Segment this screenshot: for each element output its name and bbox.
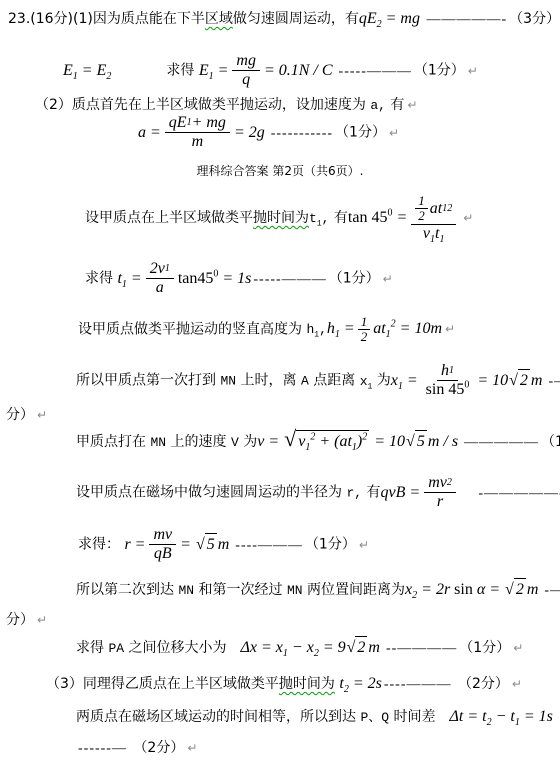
text-run: 求得	[76, 640, 108, 656]
dash-leader: -—————-	[474, 486, 560, 501]
text-run: 求得：	[78, 537, 124, 553]
answer-line-10: 分）↵	[6, 406, 47, 425]
math-fn: sin	[454, 581, 473, 598]
radical-sign: √	[347, 637, 356, 659]
subscript: 1	[305, 442, 310, 453]
math-run: h1 =12at12 = 10m	[327, 320, 442, 337]
answer-line-2: E1 = E2求得 E1 =mgq= 0.1N / C -----———（1分）…	[63, 52, 478, 90]
math-var: 2v	[150, 260, 165, 278]
radical-sign: √	[505, 579, 514, 601]
denominator: v1t1	[419, 225, 449, 243]
answer-line-6: 设甲质点在上半区域做类平抛时间为t1, 有tan 450 =12at12v1t1…	[85, 194, 473, 243]
math-var: m	[368, 639, 384, 656]
spellcheck-underline: 区域	[205, 11, 233, 27]
latin-run: x1	[360, 374, 373, 389]
denominator: 2	[415, 209, 428, 223]
latin-var: t	[309, 211, 317, 226]
math-var: =	[403, 372, 418, 389]
score-label: （1分）	[329, 271, 380, 287]
dash-leader: -----------	[271, 126, 333, 141]
paragraph-mark-icon: ↵	[468, 64, 478, 78]
text-run: 分）	[6, 612, 34, 628]
text-run: 上的速度	[166, 434, 231, 450]
superscript: 2	[362, 432, 367, 443]
numerator: h1	[437, 362, 458, 381]
math-var: =	[214, 62, 229, 79]
text-run: 两质点在磁场区域运动的时间相等，所以到达	[76, 709, 360, 725]
math-var: + mg	[192, 114, 226, 132]
paragraph-mark-icon: ↵	[389, 126, 399, 140]
fraction: 12	[415, 194, 428, 224]
sqrt-radical: √2	[509, 369, 530, 392]
fraction: 12at12v1t1	[411, 194, 456, 243]
math-fn: tan45	[178, 270, 214, 287]
radicand: 2	[355, 636, 367, 659]
text-run: 设甲质点在上半区域做类平	[85, 210, 253, 226]
latin-run: h1,	[306, 322, 326, 337]
subscript: 1	[386, 330, 391, 341]
math-var: =	[340, 320, 355, 337]
math-run: Δx = x1 − x2 = 9√2m	[241, 639, 384, 656]
fraction: mvqB	[149, 526, 176, 564]
text-run: 点距离	[309, 373, 360, 389]
numerator: 1	[415, 194, 428, 209]
sqrt-radical: √2	[505, 578, 526, 601]
numerator: mv2	[424, 474, 456, 493]
numerator: mg	[232, 52, 260, 71]
denominator: q	[238, 71, 254, 89]
subscript: 2	[106, 71, 111, 82]
paragraph-mark-icon: ↵	[512, 677, 522, 691]
subscript: 1	[439, 234, 444, 245]
text-run: 23.(16分)(1)因为质点能在下半	[8, 11, 205, 27]
text-run: （3）同理得乙质点在上半区域做类平	[46, 676, 279, 692]
sqrt-radical: √v12 + (at1)2	[284, 428, 369, 453]
math-run: r =mvqB= √5m	[124, 536, 233, 553]
dash-leader: -----———	[253, 272, 326, 287]
dash-leader: ----———	[384, 677, 452, 692]
math-var: = mg	[382, 10, 420, 27]
paragraph-mark-icon: ↵	[37, 613, 47, 627]
text-run: 两位置间距离为	[303, 582, 405, 598]
numerator: 2v1	[146, 260, 174, 279]
score-label: （1分）	[335, 125, 386, 141]
latin-var: ,	[319, 322, 327, 337]
radicand: 2	[514, 578, 526, 601]
math-run: qE2 = mg	[359, 10, 420, 27]
math-var: − t	[492, 708, 515, 725]
dash-leader: —————-	[422, 12, 507, 27]
score-label: （1分）	[459, 640, 510, 656]
dash-leader: -————	[548, 374, 560, 389]
text-run: 有	[329, 210, 347, 226]
text-run: 所以甲质点第一次打到	[76, 373, 220, 389]
math-var: h	[441, 362, 449, 380]
math-var: mv	[428, 474, 447, 492]
answer-line-11: 甲质点打在 MN 上的速度 V 为v = √v12 + (at1)2 = 10√…	[76, 428, 560, 453]
math-var: = 10	[370, 433, 405, 450]
text-run: 为	[239, 434, 257, 450]
paragraph-mark-icon: ↵	[383, 272, 393, 286]
footer-trailing-mark: .	[360, 164, 364, 178]
math-var: x	[391, 372, 398, 389]
numerator: qE1 + mg	[165, 114, 230, 133]
dash-leader: ----———	[235, 538, 303, 553]
sqrt-radical: √5	[406, 430, 427, 453]
latin-run: V	[231, 435, 239, 450]
radicand: 5	[205, 533, 217, 556]
math-run: v = √v12 + (at1)2 = 10√5m / s	[257, 433, 462, 450]
footer-text: 理科综合答案 第2页（共6页）	[197, 164, 360, 178]
answer-line-18: 两质点在磁场区域运动的时间相等，所以到达 P、Q 时间差 Δt = t2 − t…	[76, 706, 553, 728]
math-var: = 2s	[349, 675, 382, 692]
math-var: =	[127, 270, 142, 287]
math-var: + (at	[315, 433, 352, 450]
text-run: （2）质点首先在上半区域做类平抛运动，设加速度为	[35, 97, 370, 113]
radical-sign: √	[406, 431, 415, 453]
math-var: at	[373, 320, 385, 337]
math-var: Δx = x	[241, 639, 283, 656]
score-label: （3分）	[509, 11, 560, 27]
math-var: r =	[124, 536, 145, 553]
math-run: a =qE1 + mgm= 2g	[138, 124, 269, 141]
math-var: E	[63, 62, 73, 79]
math-var: v	[423, 225, 430, 242]
score-label: （1分）	[414, 63, 465, 79]
score-label: （2分）	[454, 676, 509, 692]
text-run: 甲质点打在	[76, 434, 150, 450]
text-run: 时间差	[389, 709, 449, 725]
math-var: E	[199, 62, 209, 79]
math-var: = 10m	[396, 320, 442, 337]
latin-run: MN	[150, 435, 166, 450]
latin-run: PA	[108, 641, 124, 656]
math-fn: tan 45	[348, 209, 388, 226]
text-run: 所以第二次到达	[76, 582, 178, 598]
answer-line-9: 所以甲质点第一次打到 MN 上时，离 A 点距离 x1 为x1 =h1sin 4…	[76, 362, 560, 400]
math-run: x1 =h1sin 450= 10√2m	[391, 372, 547, 389]
spellcheck-underline: 抛时间为	[253, 210, 309, 226]
latin-run: r,	[346, 486, 362, 501]
text-run: 设甲质点做类平抛运动的竖直高度为	[78, 321, 306, 337]
text-run: 之间位移大小为	[124, 640, 240, 656]
numerator: 12at12	[411, 194, 456, 225]
paragraph-mark-icon: ↵	[445, 322, 455, 336]
denominator: qB	[150, 545, 176, 563]
text-run: 求得	[166, 63, 198, 79]
fraction: 12	[358, 315, 371, 345]
answer-line-1: 23.(16分)(1)因为质点能在下半区域做匀速圆周运动，有qE2 = mg —…	[8, 8, 560, 30]
dash-leader: -----———	[339, 64, 412, 79]
text-run: 分）	[6, 407, 34, 423]
radical-sign: √	[196, 534, 205, 556]
dash-leader: --————	[386, 641, 457, 656]
math-var: = 1s	[218, 270, 251, 287]
sqrt-radical: √5	[196, 533, 217, 556]
radical-sign: √	[509, 370, 518, 392]
numerator: 1	[358, 315, 371, 330]
math-run: qvB =mv2r	[381, 484, 460, 501]
latin-var: x	[360, 374, 368, 389]
answer-line-17: （3）同理得乙质点在上半区域做类平抛时间为 t2 = 2s----——— （2分…	[46, 673, 522, 695]
text-run: 做匀速圆周运动，有	[233, 11, 359, 27]
denominator: a	[152, 279, 168, 297]
denominator: r	[433, 493, 447, 511]
paragraph-mark-icon: ↵	[513, 641, 523, 655]
math-run: x2 = 2r sin α = √2m	[405, 581, 542, 598]
sqrt-radical: √2	[347, 636, 368, 659]
math-var: =	[392, 209, 407, 226]
math-fn: sin 45	[426, 381, 465, 398]
dash-leader: ------—	[78, 741, 127, 756]
radical-sign: √	[284, 428, 296, 450]
paragraph-mark-icon: ↵	[187, 741, 197, 755]
answer-line-8: 设甲质点做类平抛运动的竖直高度为 h1,h1 =12at12 = 10m↵	[78, 315, 455, 345]
answer-line-4: a =qE1 + mgm= 2g -----------（1分）↵	[138, 114, 399, 152]
text-run: 有	[362, 485, 380, 501]
math-var: v =	[257, 433, 283, 450]
dash-leader: —————	[464, 435, 539, 450]
math-run: Δt = t2 − t1 = 1s	[450, 708, 553, 725]
math-var: m	[218, 536, 234, 553]
fraction: mv2r	[424, 474, 456, 512]
math-run: E1 =mgq= 0.1N / C	[199, 62, 337, 79]
score-label: （2分）	[129, 740, 184, 756]
math-var: a =	[138, 124, 161, 141]
math-var: m / s	[428, 433, 462, 450]
math-var: = 0.1N / C	[264, 62, 337, 79]
text-run: 求得	[85, 271, 117, 287]
text-run: 设甲质点在磁场中做匀速圆周运动的半径为	[76, 485, 346, 501]
answer-line-3: （2）质点首先在上半区域做类平抛运动，设加速度为 a, 有↵	[35, 96, 417, 115]
math-var: qvB =	[381, 484, 421, 501]
math-run: E1 = E2	[63, 62, 111, 79]
paragraph-mark-icon: ↵	[463, 211, 473, 225]
latin-run: A	[301, 374, 309, 389]
score-label: （1分）	[305, 537, 356, 553]
radicand: v12 + (at1)2	[296, 430, 369, 453]
radicand: 5	[415, 430, 427, 453]
math-var: m	[527, 581, 543, 598]
paragraph-mark-icon: ↵	[37, 408, 47, 422]
math-var: =	[180, 536, 195, 553]
latin-run: P、Q	[360, 710, 389, 725]
math-var: = 9	[319, 639, 346, 656]
math-var: − x	[288, 639, 314, 656]
text-run: 为	[372, 373, 390, 389]
math-var: m	[531, 372, 547, 389]
paragraph-mark-icon: ↵	[407, 98, 417, 112]
latin-run: MN	[178, 583, 194, 598]
paragraph-mark-icon: ↵	[359, 538, 369, 552]
numerator: mv	[149, 526, 176, 545]
text-run: 上时，离	[236, 373, 301, 389]
fraction: qE1 + mgm	[165, 114, 230, 152]
spellcheck-underline: 抛时间为	[279, 676, 335, 692]
math-var: = 10	[477, 372, 508, 389]
answer-line-15: 分）↵	[6, 611, 47, 630]
latin-run: a,	[370, 98, 386, 113]
answer-line-16: 求得 PA 之间位移大小为 Δx = x1 − x2 = 9√2m --————…	[76, 636, 523, 659]
math-var: qE	[169, 114, 187, 132]
dash-leader: -———-	[544, 583, 560, 598]
answer-line-13: 求得： r =mvqB= √5m ----———（1分）↵	[78, 526, 369, 564]
page-footer: 理科综合答案 第2页（共6页）.	[0, 163, 560, 179]
answer-line-14: 所以第二次到达 MN 和第一次经过 MN 两位置间距离为x2 = 2r sin …	[76, 578, 560, 601]
math-var: h	[327, 320, 335, 337]
answer-line-19: ------— （2分）↵	[76, 739, 197, 759]
math-var: = 1s	[520, 708, 553, 725]
fraction: 2v1a	[146, 260, 174, 298]
math-var: α =	[473, 581, 504, 598]
math-var: = 2r	[417, 581, 454, 598]
answer-line-12: 设甲质点在磁场中做匀速圆周运动的半径为 r, 有qvB =mv2r -—————…	[76, 474, 560, 512]
answer-line-7: 求得 t1 =2v1atan450 = 1s-----———（1分）↵	[85, 260, 393, 298]
fraction: h1sin 450	[422, 362, 474, 400]
latin-run: MN	[220, 374, 236, 389]
latin-run: MN	[287, 583, 303, 598]
document-page: 23.(16分)(1)因为质点能在下半区域做匀速圆周运动，有qE2 = mg —…	[0, 0, 560, 762]
score-label: （1分）	[541, 434, 560, 450]
radicand: 2	[518, 369, 530, 392]
latin-run: t1,	[309, 211, 329, 226]
math-var: qE	[359, 10, 377, 27]
math-var: Δt = t	[450, 708, 487, 725]
math-run: t2 = 2s	[339, 675, 381, 692]
text-run: 和第一次经过	[194, 582, 287, 598]
denominator: sin 450	[422, 381, 474, 399]
denominator: m	[188, 133, 208, 151]
math-run: tan 450 =12at12v1t1	[348, 209, 460, 226]
math-run: t1 =2v1atan450 = 1s	[117, 270, 251, 287]
fraction: mgq	[232, 52, 260, 90]
math-var: at	[430, 200, 442, 218]
math-var: = 2g	[234, 124, 269, 141]
text-run: 有	[386, 97, 404, 113]
superscript: 0	[464, 380, 469, 391]
math-var: = E	[78, 62, 107, 79]
denominator: 2	[358, 330, 371, 344]
